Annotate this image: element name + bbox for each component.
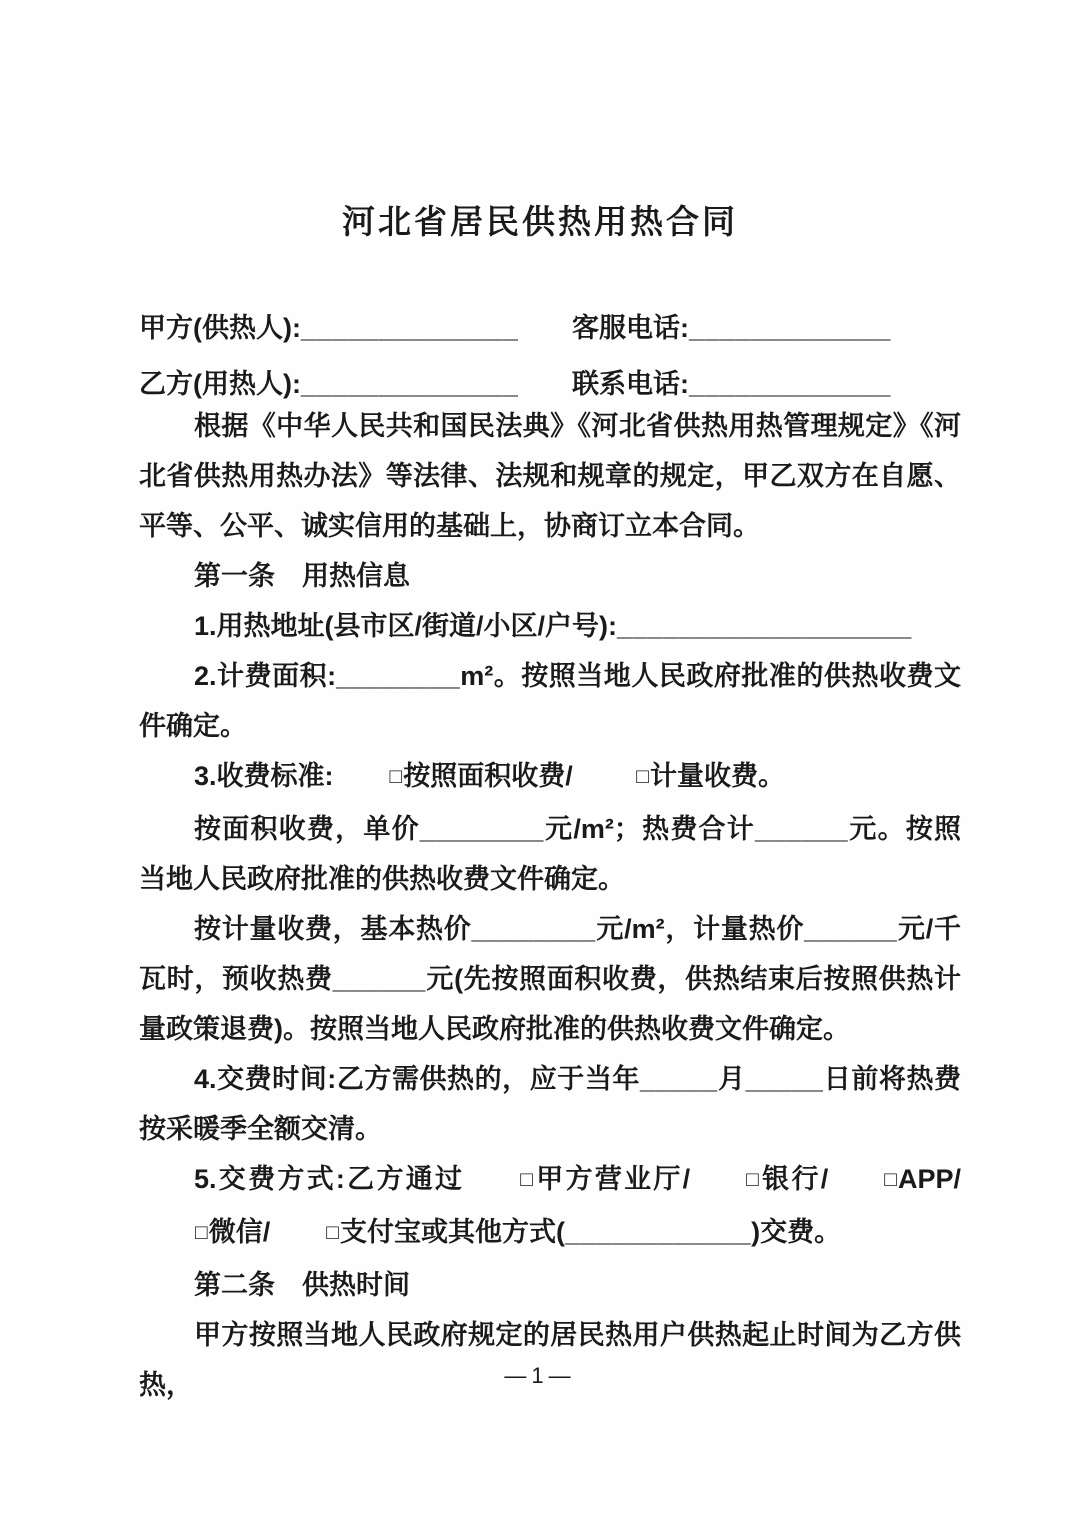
blank-party-a-name[interactable]: ______________: [301, 313, 518, 343]
customer-service-phone-cell: 客服电话:_____________: [572, 303, 961, 353]
area-fee-text-2: 元/m²；热费合计: [544, 814, 755, 844]
clause-heating-period: 甲方按照当地人民政府规定的居民热用户供热起止时间为乙方供热，: [139, 1310, 961, 1410]
payment-method-text-2: )交费。: [751, 1217, 841, 1247]
blank-contact-phone[interactable]: _____________: [689, 369, 891, 399]
checkbox-billing-by-meter[interactable]: □: [581, 752, 649, 802]
page-number: —1—: [0, 1363, 1080, 1389]
checkbox-alipay[interactable]: □: [271, 1208, 339, 1258]
option-business-hall: 甲方营业厅/: [534, 1164, 690, 1194]
metered-fee-text-1: 按计量收费，基本热价: [194, 914, 472, 944]
blank-party-b-name[interactable]: ______________: [301, 369, 518, 399]
checkbox-app[interactable]: □: [829, 1155, 897, 1205]
option-billing-by-area: 按照面积收费/: [403, 761, 580, 791]
contract-page: 河北省居民供热用热合同 甲方(供热人):______________ 客服电话:…: [0, 0, 1080, 1527]
party-b-label: 乙方(用热人):: [139, 369, 301, 399]
blank-unit-price[interactable]: ________: [420, 814, 544, 844]
metered-fee-text-2: 元/m²，计量热价: [596, 914, 805, 944]
option-wechat: 微信/: [209, 1217, 271, 1247]
section-1-heading: 第一条 用热信息: [139, 551, 961, 601]
option-alipay: 支付宝或其他方式(: [340, 1217, 565, 1247]
billing-area-label: 2.计费面积:: [194, 661, 336, 691]
contact-phone-label: 联系电话:: [572, 369, 689, 399]
section-2-heading: 第二条 供热时间: [139, 1260, 961, 1310]
blank-billing-area[interactable]: ________: [336, 661, 460, 691]
intro-paragraph: 根据《中华人民共和国民法典》《河北省供热用热管理规定》《河北省供热用热办法》等法…: [139, 401, 961, 551]
customer-service-phone-label: 客服电话:: [572, 313, 689, 343]
clause-heating-address: 1.用热地址(县市区/街道/小区/户号):___________________: [139, 601, 961, 651]
contract-body: 根据《中华人民共和国民法典》《河北省供热用热管理规定》《河北省供热用热办法》等法…: [139, 401, 961, 1410]
party-info-block: 甲方(供热人):______________ 客服电话:____________…: [139, 303, 961, 415]
blank-payment-day[interactable]: _____: [746, 1064, 824, 1094]
blank-prepaid-heat-fee[interactable]: ______: [333, 964, 426, 994]
clause-payment-method: 5.交费方式:乙方通过□甲方营业厅/□银行/□APP/□微信/□支付宝或其他方式…: [139, 1154, 961, 1260]
party-a-row: 甲方(供热人):______________ 客服电话:____________…: [139, 303, 961, 353]
clause-payment-time: 4.交费时间:乙方需供热的，应于当年_____月_____日前将热费按采暖季全额…: [139, 1054, 961, 1154]
blank-total-heat-fee[interactable]: ______: [755, 814, 848, 844]
party-a-label: 甲方(供热人):: [139, 313, 301, 343]
checkbox-business-hall[interactable]: □: [465, 1155, 533, 1205]
blank-metered-heat-price[interactable]: ______: [804, 914, 897, 944]
clause-metered-fee: 按计量收费，基本热价________元/m²，计量热价______元/千瓦时，预…: [139, 904, 961, 1054]
blank-customer-service-phone[interactable]: _____________: [689, 313, 891, 343]
option-bank: 银行/: [760, 1164, 828, 1194]
payment-method-text-1: 5.交费方式:乙方通过: [194, 1164, 464, 1194]
payment-time-text-2: 月: [718, 1064, 746, 1094]
clause-fee-standard: 3.收费标准:□按照面积收费/ □计量收费。: [139, 751, 961, 804]
blank-other-payment-method[interactable]: ____________: [565, 1217, 751, 1247]
option-billing-by-meter: 计量收费。: [650, 761, 785, 791]
blank-payment-month[interactable]: _____: [640, 1064, 718, 1094]
checkbox-wechat[interactable]: □: [140, 1208, 208, 1258]
checkbox-bank[interactable]: □: [691, 1155, 759, 1205]
party-a-cell: 甲方(供热人):______________: [139, 303, 572, 353]
page-title: 河北省居民供热用热合同: [0, 196, 1080, 243]
payment-time-text-1: 4.交费时间:乙方需供热的，应于当年: [194, 1064, 640, 1094]
blank-basic-heat-price[interactable]: ________: [472, 914, 596, 944]
clause-area-fee: 按面积收费，单价________元/m²；热费合计______元。按照当地人民政…: [139, 804, 961, 904]
fee-standard-label: 3.收费标准:: [194, 761, 334, 791]
option-app: APP/: [898, 1164, 961, 1194]
blank-heating-address[interactable]: ___________________: [617, 611, 912, 641]
heating-address-label: 1.用热地址(县市区/街道/小区/户号):: [194, 611, 617, 641]
area-fee-text-1: 按面积收费，单价: [194, 814, 420, 844]
checkbox-billing-by-area[interactable]: □: [335, 752, 403, 802]
clause-billing-area: 2.计费面积:________m²。按照当地人民政府批准的供热收费文件确定。: [139, 651, 961, 751]
